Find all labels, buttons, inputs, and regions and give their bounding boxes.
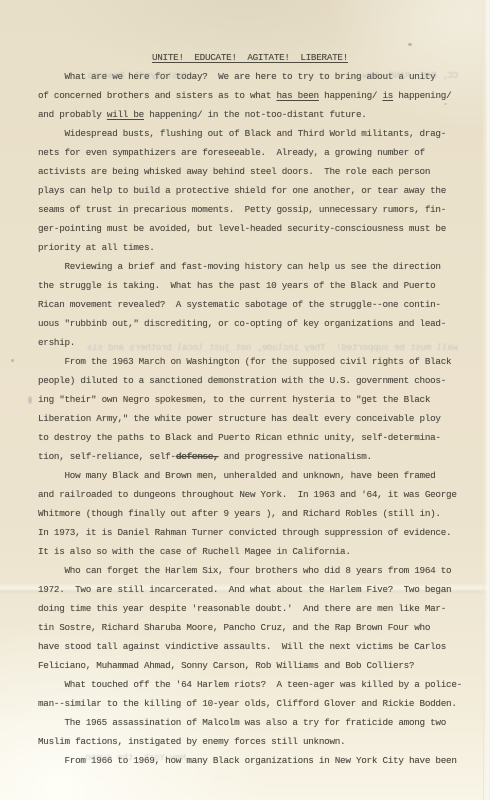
text-segment: have stood tall against vindictive assau… [38, 641, 446, 652]
text-segment: and railroaded to dungeons throughout Ne… [38, 489, 457, 500]
text-segment: Muslim factions, instigated by enemy for… [38, 736, 345, 747]
text-segment: uous "rubbinb out," discrediting, or co-… [38, 318, 446, 329]
text-segment: man--similar to the killing of 10-year o… [38, 698, 457, 709]
paper-speck [408, 43, 412, 46]
overstruck-text: defense, [176, 451, 218, 462]
text-line: Widespread busts, flushing out of Black … [38, 124, 462, 143]
scan-edge [483, 0, 490, 800]
text-line: tion, self-reliance, self-defense, and p… [38, 447, 462, 466]
text-segment: ger-pointing must be avoided, but level-… [38, 223, 446, 234]
text-segment: priority at all times. [38, 242, 155, 253]
text-segment: and progressive nationalism. [218, 451, 372, 462]
text-line: Rican movement revealed? A systematic sa… [38, 295, 462, 314]
text-line: It is also so with the case of Ruchell M… [38, 542, 462, 561]
text-line: What touched off the '64 Harlem riots? A… [38, 675, 462, 694]
bleedthrough-text: CC, RAM, RAND, New [318, 66, 458, 85]
text-segment: of concerned brothers and sisters as to … [38, 90, 276, 101]
text-line: activists are being whisked away behind … [38, 162, 462, 181]
text-line: nets for even sympathizers are foreseeab… [38, 143, 462, 162]
text-segment: What touched off the '64 Harlem riots? A… [38, 679, 462, 690]
text-segment: happening/ [393, 90, 451, 101]
text-line: ger-pointing must be avoided, but level-… [38, 219, 462, 238]
text-segment: happening/ in the not-too-distant future… [144, 109, 367, 120]
bleedthrough-text: destroyed? Deacons, [36, 66, 188, 85]
text-segment: nets for even sympathizers are foreseeab… [38, 147, 425, 158]
text-line: of concerned brothers and sisters as to … [38, 86, 462, 105]
paper-speck [11, 359, 14, 362]
text-line: Reviewing a brief and fast-moving histor… [38, 257, 462, 276]
text-line: In 1973, it is Daniel Rahman Turner conv… [38, 523, 462, 542]
text-segment: people) diluted to a sanctioned demonstr… [38, 375, 446, 386]
text-line: The 1965 assassination of Malcolm was al… [38, 713, 462, 732]
text-line: 1972. Two are still incarcerated. And wh… [38, 580, 462, 599]
text-segment: ing "their" own Negro spokesmen, to the … [38, 394, 430, 405]
text-segment: Rican movement revealed? A systematic sa… [38, 299, 441, 310]
document-title: UNITE! EDUCATE! AGITATE! LIBERATE! [38, 48, 462, 67]
text-segment: the struggle is taking. What has the pas… [38, 280, 435, 291]
text-line: Feliciano, Muhammad Ahmad, Sonny Carson,… [38, 656, 462, 675]
text-segment: 1972. Two are still incarcerated. And wh… [38, 584, 451, 595]
text-line: priority at all times. [38, 238, 462, 257]
text-segment: Feliciano, Muhammad Ahmad, Sonny Carson,… [38, 660, 414, 671]
text-segment: and probably [38, 109, 107, 120]
text-line: people) diluted to a sanctioned demonstr… [38, 371, 462, 390]
text-line: and probably will be happening/ in the n… [38, 105, 462, 124]
text-line: doing time this year despite 'reasonable… [38, 599, 462, 618]
text-segment: happening/ [319, 90, 383, 101]
text-segment: Who can forget the Harlem Six, four brot… [38, 565, 451, 576]
text-segment: tin Sostre, Richard Sharuba Moore, Panch… [38, 622, 430, 633]
underlined-text: is [382, 90, 393, 101]
bleedthrough-text: wall must be supported! They include, no… [38, 338, 458, 357]
text-line: have stood tall against vindictive assau… [38, 637, 462, 656]
text-segment: From the 1963 March on Washington (for t… [38, 356, 451, 367]
text-line: How many Black and Brown men, unheralded… [38, 466, 462, 485]
text-segment: It is also so with the case of Ruchell M… [38, 546, 351, 557]
underlined-text: has been [276, 90, 318, 101]
paper-speck [28, 396, 32, 404]
text-segment: tion, self-reliance, self- [38, 451, 176, 462]
underlined-text: will be [107, 109, 144, 120]
text-line: Who can forget the Harlem Six, four brot… [38, 561, 462, 580]
paper-speck [444, 103, 447, 105]
text-segment: plays can help to build a protective shi… [38, 185, 446, 196]
text-segment: The 1965 assassination of Malcolm was al… [38, 717, 446, 728]
text-segment: In 1973, it is Daniel Rahman Turner conv… [38, 527, 451, 538]
text-line: and railroaded to dungeons throughout Ne… [38, 485, 462, 504]
text-segment: How many Black and Brown men, unheralded… [38, 470, 435, 481]
text-segment: to destroy the paths to Black and Puerto… [38, 432, 441, 443]
text-segment: Widespread busts, flushing out of Black … [38, 128, 446, 139]
bleedthrough-text: New York, the suppo [36, 748, 186, 767]
text-line: Liberation Army," the white power struct… [38, 409, 462, 428]
text-line: to destroy the paths to Black and Puerto… [38, 428, 462, 447]
text-line: tin Sostre, Richard Sharuba Moore, Panch… [38, 618, 462, 637]
text-line: Whitmore (though finally out after 9 yea… [38, 504, 462, 523]
text-line: seams of trust in precarious moments. Pe… [38, 200, 462, 219]
text-segment: activists are being whisked away behind … [38, 166, 430, 177]
text-segment: Whitmore (though finally out after 9 yea… [38, 508, 441, 519]
text-line: uous "rubbinb out," discrediting, or co-… [38, 314, 462, 333]
text-line: ing "their" own Negro spokesmen, to the … [38, 390, 462, 409]
text-block: UNITE! EDUCATE! AGITATE! LIBERATE! What … [38, 48, 462, 770]
scanned-document-page: UNITE! EDUCATE! AGITATE! LIBERATE! What … [0, 0, 490, 800]
text-line: man--similar to the killing of 10-year o… [38, 694, 462, 713]
text-line: the struggle is taking. What has the pas… [38, 276, 462, 295]
text-line: plays can help to build a protective shi… [38, 181, 462, 200]
text-segment: Reviewing a brief and fast-moving histor… [38, 261, 441, 272]
text-segment: seams of trust in precarious moments. Pe… [38, 204, 446, 215]
text-segment: Liberation Army," the white power struct… [38, 413, 441, 424]
text-segment: doing time this year despite 'reasonable… [38, 603, 446, 614]
underlined-text: UNITE! EDUCATE! AGITATE! LIBERATE! [152, 52, 348, 63]
